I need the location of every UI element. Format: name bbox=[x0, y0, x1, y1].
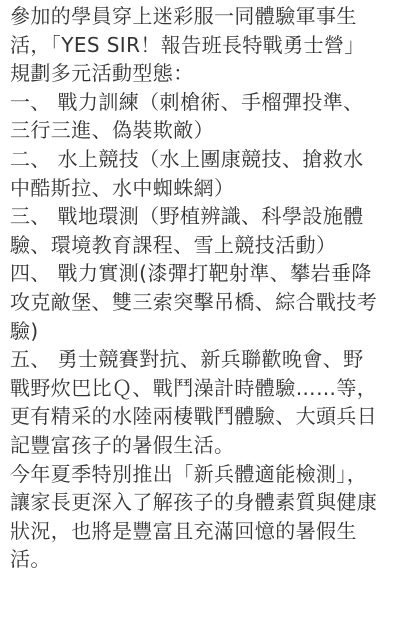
text-line: 參加的學員穿上迷彩服一同體驗軍事生 bbox=[10, 2, 383, 31]
text-line: 規劃多元活動型態： bbox=[10, 59, 383, 88]
text-line: 戰野炊巴比Ｑ、戰鬥澡計時體驗……等， bbox=[10, 374, 383, 403]
article-body: 參加的學員穿上迷彩服一同體驗軍事生 活，「YES SIR！報告班長特戰勇士營」 … bbox=[0, 0, 393, 574]
text-line: 活。 bbox=[10, 545, 383, 574]
text-line: 驗) bbox=[10, 317, 383, 346]
list-item-5: 五、 勇士競賽對抗、新兵聯歡晚會、野 bbox=[10, 345, 383, 374]
text-line: 驗、環境教育課程、雪上競技活動） bbox=[10, 231, 383, 260]
text-line: 活，「YES SIR！報告班長特戰勇士營」 bbox=[10, 31, 383, 60]
list-item-3: 三、 戰地環測（野植辨識、科學設施體 bbox=[10, 202, 383, 231]
text-line: 記豐富孩子的暑假生活。 bbox=[10, 431, 383, 460]
text-line: 狀況，也將是豐富且充滿回憶的暑假生 bbox=[10, 517, 383, 546]
text-line: 今年夏季特別推出「新兵體適能檢測」， bbox=[10, 460, 383, 489]
text-line: 三行三進、偽裝欺敵） bbox=[10, 116, 383, 145]
list-item-2: 二、 水上競技（水上團康競技、搶救水 bbox=[10, 145, 383, 174]
text-line: 更有精采的水陸兩棲戰鬥體驗、大頭兵日 bbox=[10, 402, 383, 431]
text-line: 讓家長更深入了解孩子的身體素質與健康 bbox=[10, 488, 383, 517]
text-line: 中酷斯拉、水中蜘蛛網） bbox=[10, 174, 383, 203]
list-item-1: 一、 戰力訓練（刺槍術、手榴彈投準、 bbox=[10, 88, 383, 117]
text-line: 攻克敵堡、雙三索突擊吊橋、綜合戰技考 bbox=[10, 288, 383, 317]
list-item-4: 四、 戰力實測(漆彈打靶射準、攀岩垂降 bbox=[10, 259, 383, 288]
